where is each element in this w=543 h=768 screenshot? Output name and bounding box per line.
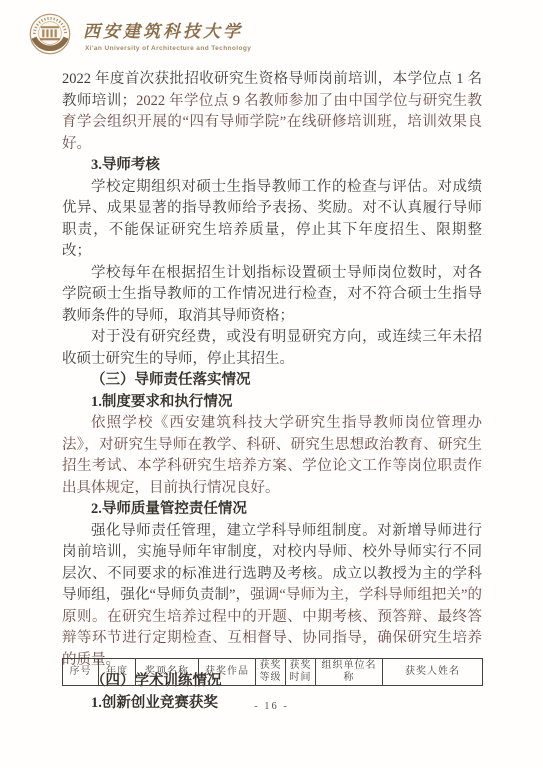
column-header-award-work: 获奖作品 <box>199 659 256 686</box>
heading-system-requirements: 1.制度要求和执行情况 <box>62 392 482 414</box>
university-seal-icon <box>28 12 72 56</box>
award-table: 序号 年度 奖项名称 获奖作品 获奖等级 获奖时间 组织单位名称 获奖人姓名 <box>62 658 483 686</box>
heading-section3-responsibility: （三）导师责任落实情况 <box>62 370 482 392</box>
column-header-winner-name: 获奖人姓名 <box>383 659 483 686</box>
page-number: - 16 - <box>0 701 543 712</box>
university-name-cn: 西安建筑科技大学 <box>83 17 251 42</box>
column-header-index: 序号 <box>63 659 99 686</box>
column-header-award-time: 获奖时间 <box>286 659 316 686</box>
column-header-award-level: 获奖等级 <box>256 659 286 686</box>
column-header-award-name: 奖项名称 <box>136 659 199 686</box>
column-header-organizer: 组织单位名称 <box>316 659 383 686</box>
paragraph-system-requirements: 依照学校《西安建筑科技大学研究生指导教师岗位管理办法》，对研究生导师在教学、科研… <box>62 413 482 499</box>
document-page: 西安建筑科技大学 Xi'an University of Architectur… <box>0 0 543 768</box>
paragraph-assessment-3: 对于没有研究经费，或没有明显研究方向，或连续三年未招收硕士研究生的导师，停止其招… <box>62 327 482 370</box>
university-brand: 西安建筑科技大学 Xi'an University of Architectur… <box>83 12 251 52</box>
paragraph-quality-control: 强化导师责任管理，建立学科导师组制度。对新增导师进行岗前培训，实施导师年审制度，… <box>62 521 482 672</box>
paragraph-assessment-1: 学校定期组织对硕士生指导教师工作的检查与评估。对成绩优异、成果显著的指导教师给予… <box>62 177 482 263</box>
university-header: 西安建筑科技大学 Xi'an University of Architectur… <box>28 12 251 56</box>
heading-tutor-assessment: 3.导师考核 <box>62 155 482 177</box>
university-name-en: Xi'an University of Architecture and Tec… <box>85 45 251 52</box>
award-table-header-row: 序号 年度 奖项名称 获奖作品 获奖等级 获奖时间 组织单位名称 获奖人姓名 <box>63 659 483 686</box>
heading-quality-control: 2.导师质量管控责任情况 <box>62 499 482 521</box>
document-body: 2022 年度首次获批招收研究生资格导师岗前培训，本学位点 1 名教师培训；20… <box>62 69 482 714</box>
column-header-year: 年度 <box>99 659 136 686</box>
paragraph-training-continuation: 2022 年度首次获批招收研究生资格导师岗前培训，本学位点 1 名教师培训；20… <box>62 69 482 155</box>
paragraph-assessment-2: 学校每年在根据招生计划指标设置硕士导师岗位数时，对各学院硕士生指导教师的工作情况… <box>62 263 482 328</box>
